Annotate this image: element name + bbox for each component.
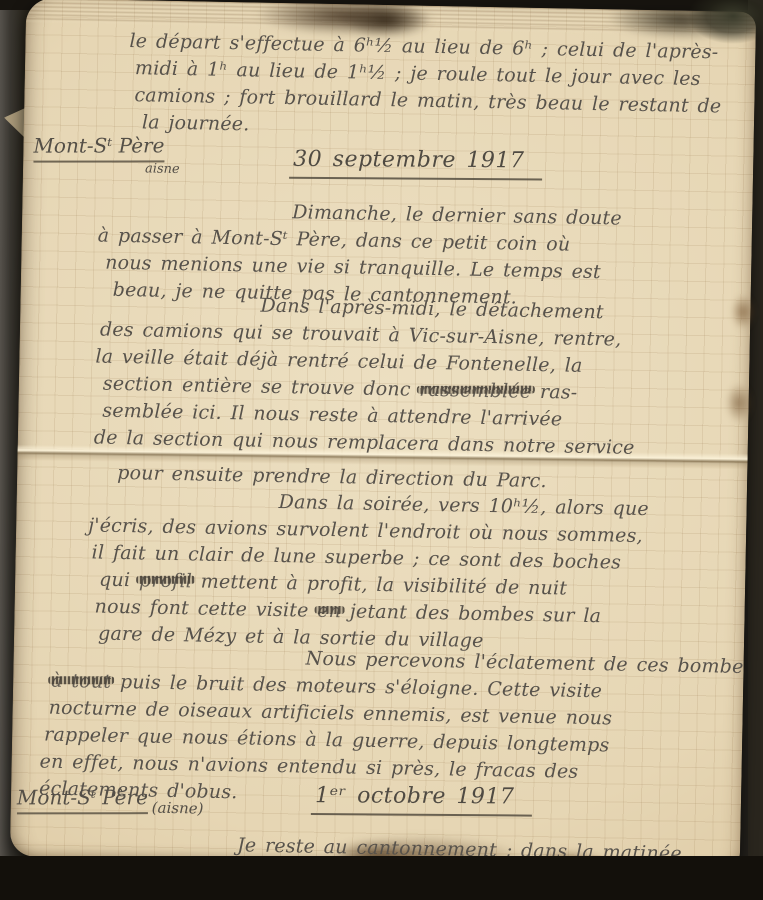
margin-note-location-2: Mont-Sᵗ Père(aisne) [17,784,204,818]
handwriting-text: qui [99,569,139,592]
handwriting-text: mettent à profit, la visibilité de nuit [192,570,567,599]
handwriting-text: jetant des bombes sur la [341,600,601,627]
entry-date-text: 1ᵉʳ octobre 1917 [311,783,533,817]
margin-location-department: (aisne) [152,799,204,818]
entry-date-text: 30 septembre 1917 [289,147,542,181]
entry-date-heading-2: 1ᵉʳ octobre 1917 [311,782,533,818]
crossed-out-text: rassemblée [419,379,531,403]
handwriting-text: Dans la soirée, vers 10ʰ½, alors que [278,491,649,520]
handwriting-text: nous font cette visite [94,595,317,621]
crossed-out-text: à tout [51,670,111,693]
handwriting-text: la journée. [142,111,250,135]
paragraph-detachment: Dans l'après-midi, le détachementdes cam… [88,289,638,461]
stain-right-edge-lower [722,378,756,428]
paragraph-air-raid: Dans la soirée, vers 10ʰ½, alors quej'éc… [84,485,649,658]
stain-right-edge-upper [728,290,758,334]
handwriting-text: section entière se trouve donc [103,373,420,401]
margin-note-location-1: Mont-Sᵗ Père aisne [33,132,180,177]
diary-photo: le départ s'effectue à 6ʰ½ au lieu de 6ʰ… [0,0,763,900]
entry-date-heading-1: 30 septembre 1917 [289,145,543,182]
paragraph-morning-departure: le départ s'effectue à 6ʰ½ au lieu de 6ʰ… [94,27,723,147]
background-bottom [0,856,763,900]
notebook-page: le départ s'effectue à 6ʰ½ au lieu de 6ʰ… [10,0,756,870]
margin-location-title: Mont-Sᵗ Père [33,133,164,162]
handwriting-text: Dimanche, le dernier sans doute [292,201,622,229]
crossed-out-text: en [317,600,341,622]
handwriting-text: Dans l'après-midi, le détachement [260,295,604,324]
crossed-out-text: profil [139,569,192,592]
margin-location-department: aisne [145,161,180,177]
margin-location-title: Mont-Sᵗ Père [17,785,148,814]
handwriting-text: ras- [531,381,578,404]
